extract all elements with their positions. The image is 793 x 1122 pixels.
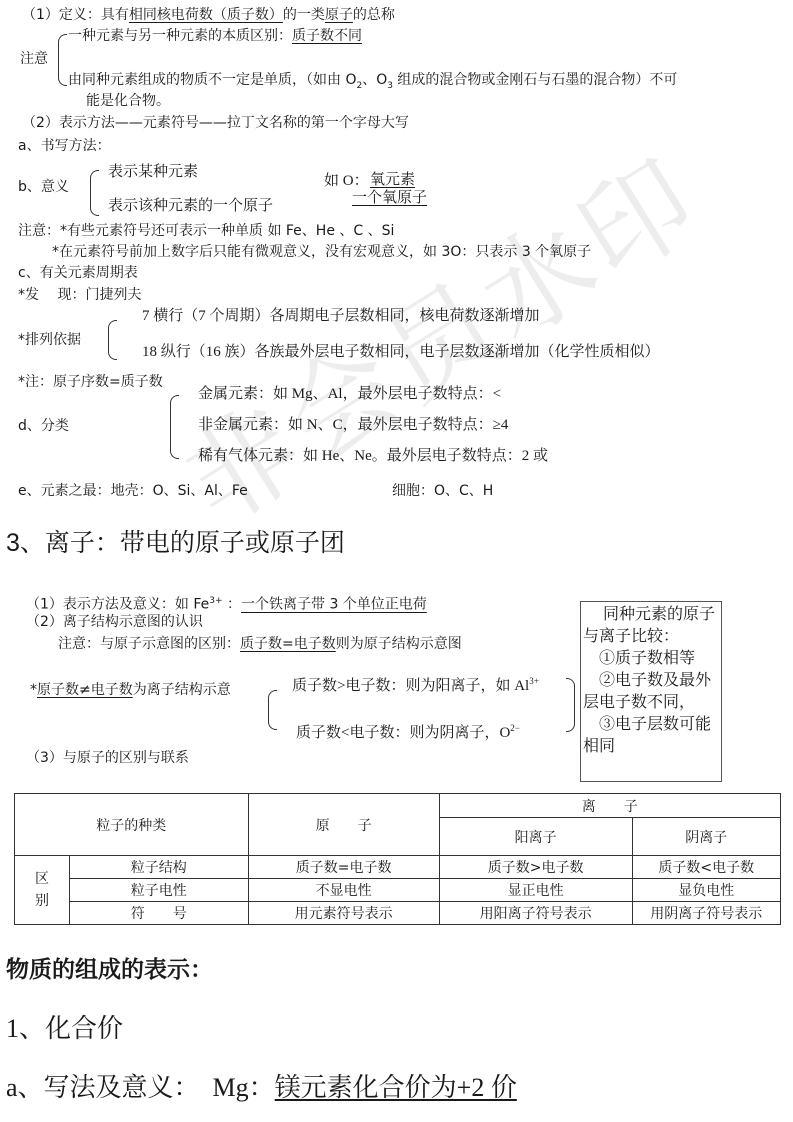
note2-line2: *在元素符号前加上数字后只能有微观意义，没有宏观意义，如 3O：只表示 3 个氧… [52,243,591,261]
classification-item: 金属元素：如 Mg、Al，最外层电子数特点：< [198,384,501,404]
classification-item: 稀有气体元素：如 He、Ne。最外层电子数特点：2 或 [198,446,548,466]
superscript: 2− [510,723,520,733]
meaning-item: 表示某种元素 [108,162,198,182]
valence-writing-line: a、写法及意义： Mg：镁元素化合价为+2 价 [6,1072,517,1104]
text: （1）表示方法及意义：如 Fe [26,597,209,613]
writing-method: a、书写方法： [18,137,111,155]
note-label: 注意 [20,50,48,68]
arrangement-item: 7 横行（7 个周期）各周期电子层数相同，核电荷数逐渐增加 [142,306,540,326]
table-row: 粒子电性 不显电性 显正电性 显负电性 [15,879,781,902]
arrangement-label: *排列依据 [18,331,81,349]
row-group-label: 区 别 [15,856,70,925]
element-most-crust: e、元素之最：地壳：O、Si、Al、Fe [18,482,248,500]
example-value: 一个氧原子 [352,188,452,208]
superscript: 3+ [209,596,222,606]
note-item-2-cont: 能是化合物。 [86,92,170,110]
text: 注意：与原子示意图的区别： [58,636,240,652]
arrangement-item: 18 纵行（16 族）各族最外层电子数相同，电子层数逐渐增加（化学性质相似） [142,342,660,362]
left-brace-icon [90,170,99,216]
cell-anion: 用阴离子符号表示 [632,902,780,925]
periodic-table-heading: c、有关元素周期表 [18,264,138,282]
meaning-item: 表示该种元素的一个原子 [108,196,273,216]
underlined-term: 相同核电荷数（质子数） [129,7,283,23]
cell-anion: 显负电性 [632,879,780,902]
header-anion: 阴离子 [632,818,780,856]
left-brace-icon [170,395,179,459]
table-row: 粒子的种类 原 子 离 子 [15,794,781,818]
text: 组成的混合物或金刚石与石墨的混合物）不可 [393,72,677,88]
text: 的一类 [283,7,325,23]
underlined-term: 原子 [325,7,353,23]
underlined-term: 原子数≠电子数 [37,682,133,698]
ion-item-1: （1）表示方法及意义：如 Fe3+ ：一个铁离子带 3 个单位正电荷 [26,592,427,614]
comparison-table: 粒子的种类 原 子 离 子 阳离子 阴离子 区 别 粒子结构 质子数=电子数 质… [14,793,781,925]
text: （1）定义：具有 [22,7,129,23]
note2-line1: 注意：*有些元素符号还可表示一种单质 如 Fe、He 、C 、Si [18,222,394,240]
ion-item-2: （2）离子结构示意图的认识 [26,613,203,631]
composition-heading: 物质的组成的表示： [6,955,213,985]
classification-label: d、分类 [18,417,69,435]
right-brace-icon [566,678,575,732]
text: 质子数<电子数：则为阴离子，O [296,725,510,741]
row-label: 粒子电性 [70,879,249,902]
ion-item-3: （3）与原子的区别与联系 [26,749,189,767]
text: a、写法及意义： Mg： [6,1073,275,1102]
classification-item: 非金属元素：如 N、C，最外层电子数特点：≥4 [198,415,508,435]
table-row: 符 号 用元素符号表示 用阳离子符号表示 用阴离子符号表示 [15,902,781,925]
text: 一种元素与另一种元素的本质区别： [68,28,292,44]
cell-atom: 质子数=电子数 [248,856,439,879]
valence-heading: 1、化合价 [6,1013,123,1045]
text: * [30,682,37,698]
underlined-term: 质子数=电子数 [240,636,336,652]
header-ion: 离 子 [439,794,780,818]
discovery-line: *发 现：门捷列夫 [18,286,141,304]
text: 则为原子结构示意图 [336,636,462,652]
row-label: 粒子结构 [70,856,249,879]
text: 为离子结构示意 [133,682,231,698]
compare-line: ③电子层数可能相同 [583,714,719,758]
ion-type-cation: 质子数>电子数：则为阳离子，如 Al3+ [292,671,539,696]
header-atom: 原 子 [248,794,439,856]
text: 、O [362,72,387,88]
superscript: 3+ [529,676,539,686]
cell-atom: 用元素符号表示 [248,902,439,925]
ion-item-2-star: *原子数≠电子数为离子结构示意 [30,681,231,699]
text: 由同种元素组成的物质不一定是单质，（如由 O [68,72,356,88]
cell-atom: 不显电性 [248,879,439,902]
compare-line: ②电子数及最外层电子数不同， [583,670,719,714]
cell-cation: 质子数>电子数 [439,856,632,879]
header-kind: 粒子的种类 [15,794,249,856]
left-brace-icon [268,690,277,730]
cell-anion: 质子数<电子数 [632,856,780,879]
ion-heading: 3、离子：带电的原子或原子团 [6,527,345,559]
text: 的总称 [353,7,395,23]
table-row: 区 别 粒子结构 质子数=电子数 质子数>电子数 质子数<电子数 [15,856,781,879]
atomic-number-note: *注：原子序数=质子数 [18,373,163,391]
representation-line: （2）表示方法——元素符号——拉丁文名称的第一个字母大写 [22,114,409,132]
example-value: 氧元素 [370,170,456,190]
compare-line: ①质子数相等 [583,648,719,670]
compare-box: 同种元素的原子与离子比较： ①质子数相等 ②电子数及最外层电子数不同， ③电子层… [580,601,722,782]
underlined-term: 镁元素化合价为+2 价 [275,1073,517,1102]
meaning-label: b、意义 [18,178,69,196]
cell-cation: 用阳离子符号表示 [439,902,632,925]
compare-line: 同种元素的原子与离子比较： [583,604,719,648]
left-brace-icon [58,34,67,86]
definition-line: （1）定义：具有相同核电荷数（质子数）的一类原子的总称 [22,6,395,24]
underlined-term: 质子数不同 [292,28,362,44]
ion-item-2-note: 注意：与原子示意图的区别：质子数=电子数则为原子结构示意图 [58,635,462,653]
underlined-term: 一个铁离子带 3 个单位正电荷 [241,597,427,613]
element-most-cell: 细胞：O、C、H [392,482,493,500]
row-label: 符 号 [70,902,249,925]
ion-type-anion: 质子数<电子数：则为阴离子，O2− [296,718,520,743]
note-item-1: 一种元素与另一种元素的本质区别：质子数不同 [68,27,362,45]
left-brace-icon [108,320,117,360]
text: ： [223,597,241,613]
header-cation: 阳离子 [439,818,632,856]
cell-cation: 显正电性 [439,879,632,902]
text: 质子数>电子数：则为阳离子，如 Al [292,678,529,694]
